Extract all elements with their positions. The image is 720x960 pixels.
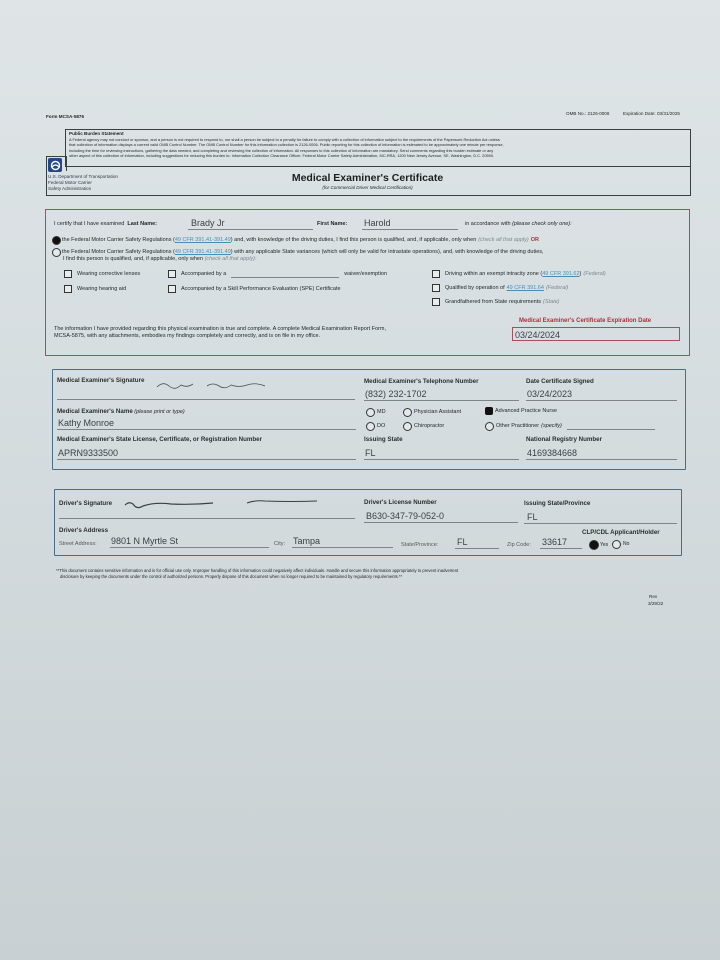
first-name-label: First Name: xyxy=(317,221,347,228)
expiration-label: Medical Examiner's Certificate Expiratio… xyxy=(519,318,651,324)
street-field[interactable]: 9801 N Myrtle St xyxy=(110,535,269,548)
intracity-checkbox[interactable]: Driving within an exempt intracity zone … xyxy=(432,270,606,278)
type-pa-radio[interactable]: Physician Assistant xyxy=(403,408,461,417)
radio-label: DO xyxy=(377,423,385,430)
spe-checkbox[interactable]: Accompanied by a Skill Performance Evalu… xyxy=(168,285,341,293)
driver-address-label: Driver's Address xyxy=(59,527,108,534)
street-label: Street Address: xyxy=(59,541,97,548)
examiner-name-hint: (please print or type) xyxy=(134,409,184,415)
examiner-name-label: Medical Examiner's Name xyxy=(57,408,133,415)
option2-text: the Federal Motor Carrier Safety Regulat… xyxy=(62,249,175,256)
federal-tag: (Federal) xyxy=(583,271,605,278)
option2-line2-text: I find this person is qualified, and, if… xyxy=(63,256,203,262)
examiner-phone-field[interactable]: (832) 232-1702 xyxy=(364,388,519,401)
checkbox[interactable] xyxy=(64,270,72,278)
option2-line2: I find this person is qualified, and, if… xyxy=(63,256,257,263)
checkbox-label: Accompanied by a xyxy=(181,271,226,278)
other-practitioner-field[interactable] xyxy=(567,423,655,430)
cfr-link[interactable]: 49 CFR 391.64 xyxy=(507,285,544,292)
certificate-page: Form MCSA-5876 OMB No.: 2126-0006 Expira… xyxy=(0,0,720,960)
checkbox[interactable] xyxy=(64,285,72,293)
examiner-license-label: Medical Examiner's State License, Certif… xyxy=(57,436,262,443)
attestation-line: MCSA-5875, with any attachments, embodie… xyxy=(54,333,386,340)
zip-label: Zip Code: xyxy=(507,542,531,549)
attestation-text: The information I have provided regardin… xyxy=(54,326,386,340)
state-variance-radio[interactable] xyxy=(52,248,61,257)
radio[interactable] xyxy=(612,540,621,549)
check-all-hint: (check all that apply): xyxy=(205,256,257,262)
form-id: Form MCSA-5876 xyxy=(46,114,84,120)
checkbox[interactable] xyxy=(168,270,176,278)
checkbox[interactable] xyxy=(432,270,440,278)
state-tag: (State) xyxy=(543,299,560,306)
radio-label: Other Practitioner xyxy=(496,423,539,430)
expiration-date-field[interactable]: 03/24/2024 xyxy=(512,327,680,341)
certify-intro: I certify that I have examined xyxy=(54,221,124,228)
registry-label: National Registry Number xyxy=(526,436,602,443)
radio-selected[interactable] xyxy=(485,407,493,415)
type-apn-radio[interactable]: Advanced Practice Nurse xyxy=(485,407,557,415)
federal-option-radio[interactable] xyxy=(52,236,61,245)
corrective-lenses-checkbox[interactable]: Wearing corrective lenses xyxy=(64,270,140,278)
state-field[interactable]: FL xyxy=(455,536,499,549)
waiver-suffix: waiver/exemption xyxy=(344,271,387,278)
radio[interactable] xyxy=(403,408,412,417)
checkbox-label: Qualified by operation of xyxy=(445,285,505,292)
revision-label: Rev xyxy=(649,594,657,600)
registry-field[interactable]: 4169384668 xyxy=(526,447,677,460)
qualified-operation-checkbox[interactable]: Qualified by operation of 49 CFR 391.64 … xyxy=(432,284,568,292)
checkbox-label: Accompanied by a Skill Performance Evalu… xyxy=(181,286,341,293)
revision-date: 3/29/22 xyxy=(648,601,663,607)
checkbox-label: Driving within an exempt intracity zone … xyxy=(445,271,542,278)
federal-option[interactable]: the Federal Motor Carrier Safety Regulat… xyxy=(52,236,539,245)
option1-text: the Federal Motor Carrier Safety Regulat… xyxy=(62,237,175,244)
cfr-link[interactable]: 49 CFR 391.41-391.49 xyxy=(175,237,231,244)
issuing-state-label: Issuing State xyxy=(364,436,403,443)
option2-text-post: ) with any applicable State variances (w… xyxy=(231,249,544,256)
radio-label: Chiropractor xyxy=(414,423,444,430)
type-md-radio[interactable]: MD xyxy=(366,408,386,417)
radio[interactable] xyxy=(366,408,375,417)
city-field[interactable]: Tampa xyxy=(292,535,393,548)
checkbox[interactable] xyxy=(432,298,440,306)
check-all-hint: (check all that apply) xyxy=(478,237,528,244)
accordance-text: in accordance with (please check only on… xyxy=(465,221,572,228)
checkbox-label: Wearing hearing aid xyxy=(77,286,126,293)
agency-name: U.S. Department of Transportation Federa… xyxy=(48,174,178,192)
omb-expiration: Expiration Date: 03/31/2025 xyxy=(623,111,680,117)
cdl-no-radio[interactable]: No xyxy=(612,540,629,549)
accompanied-waiver-checkbox[interactable]: Accompanied by a waiver/exemption xyxy=(168,270,387,278)
checkbox[interactable] xyxy=(168,285,176,293)
signature-scribble xyxy=(121,499,361,513)
checkbox-label: Wearing corrective lenses xyxy=(77,271,140,278)
state-label: State/Province: xyxy=(401,542,438,549)
first-name-field[interactable]: Harold xyxy=(362,217,458,230)
cfr-link[interactable]: 49 CFR 391.62 xyxy=(542,271,579,278)
radio-label: Physician Assistant xyxy=(414,409,461,416)
page-subtitle: (for Commercial Driver Medical Certifica… xyxy=(240,185,495,191)
type-do-radio[interactable]: DO xyxy=(366,422,385,431)
other-hint: (specify) xyxy=(541,423,562,430)
omb-number: OMB No.: 2126-0006 xyxy=(566,111,609,117)
or-label: OR xyxy=(531,237,539,244)
option1-text-post: ) and, with knowledge of the driving dut… xyxy=(231,237,477,244)
checkbox[interactable] xyxy=(432,284,440,292)
examiner-signature-field[interactable] xyxy=(57,387,355,400)
date-signed-field[interactable]: 03/24/2023 xyxy=(526,388,677,401)
signature-scribble xyxy=(155,379,275,391)
sensitive-notice: **This document contains sensitive infor… xyxy=(56,568,458,580)
examiner-name-label-row: Medical Examiner's Name (please print or… xyxy=(57,408,185,416)
driver-issuing-field[interactable]: FL xyxy=(524,511,677,524)
radio-selected[interactable] xyxy=(589,540,599,550)
cfr-link[interactable]: 49 CFR 391.41-391.49 xyxy=(175,249,231,256)
driver-signature-label: Driver's Signature xyxy=(59,500,112,507)
type-chiro-radio[interactable]: Chiropractor xyxy=(403,422,444,431)
city-label: City: xyxy=(274,541,285,548)
driver-signature-field[interactable] xyxy=(59,508,355,519)
radio-label: Yes xyxy=(600,542,608,549)
radio-label: No xyxy=(623,541,629,548)
radio[interactable] xyxy=(485,422,494,431)
grandfathered-checkbox[interactable]: Grandfathered from State requirements (S… xyxy=(432,298,560,306)
examiner-license-field[interactable]: APRN9333500 xyxy=(57,447,356,460)
driver-license-field[interactable]: B630-347-79-052-0 xyxy=(364,510,518,523)
certify-row: I certify that I have examined Last Name… xyxy=(54,221,157,228)
radio[interactable] xyxy=(403,422,412,431)
radio[interactable] xyxy=(366,422,375,431)
dot-logo-icon xyxy=(48,158,62,172)
date-signed-label: Date Certificate Signed xyxy=(526,378,594,385)
examiner-signature-label: Medical Examiner's Signature xyxy=(57,377,144,384)
issuing-state-field[interactable]: FL xyxy=(364,447,519,460)
accordance-label: in accordance with xyxy=(465,221,511,227)
page-title: Medical Examiner's Certificate xyxy=(240,172,495,184)
cdl-label: CLP/CDL Applicant/Holder xyxy=(582,529,660,536)
type-other-radio[interactable]: Other Practitioner (specify) xyxy=(485,422,655,431)
zip-field[interactable]: 33617 xyxy=(540,536,582,549)
examiner-name-field[interactable]: Kathy Monroe xyxy=(57,417,356,430)
notice-line: disclosure by keeping the documents unde… xyxy=(56,574,458,580)
driver-license-label: Driver's License Number xyxy=(364,499,437,506)
cdl-yes-radio[interactable]: Yes xyxy=(589,540,608,550)
last-name-label: Last Name: xyxy=(127,221,157,228)
check-one-hint: (please check only one): xyxy=(512,221,572,227)
radio-label: MD xyxy=(377,409,386,416)
attestation-line: The information I have provided regardin… xyxy=(54,326,386,333)
federal-tag: (Federal) xyxy=(546,285,568,292)
agency-line: Safety Administration xyxy=(48,186,178,192)
last-name-field[interactable]: Brady Jr xyxy=(188,217,313,230)
driver-issuing-label: Issuing State/Province xyxy=(524,500,590,507)
hearing-aid-checkbox[interactable]: Wearing hearing aid xyxy=(64,285,126,293)
examiner-phone-label: Medical Examiner's Telephone Number xyxy=(364,378,478,385)
radio-label: Advanced Practice Nurse xyxy=(495,408,557,415)
checkbox-label: Grandfathered from State requirements xyxy=(445,299,541,306)
waiver-field[interactable] xyxy=(231,271,339,278)
